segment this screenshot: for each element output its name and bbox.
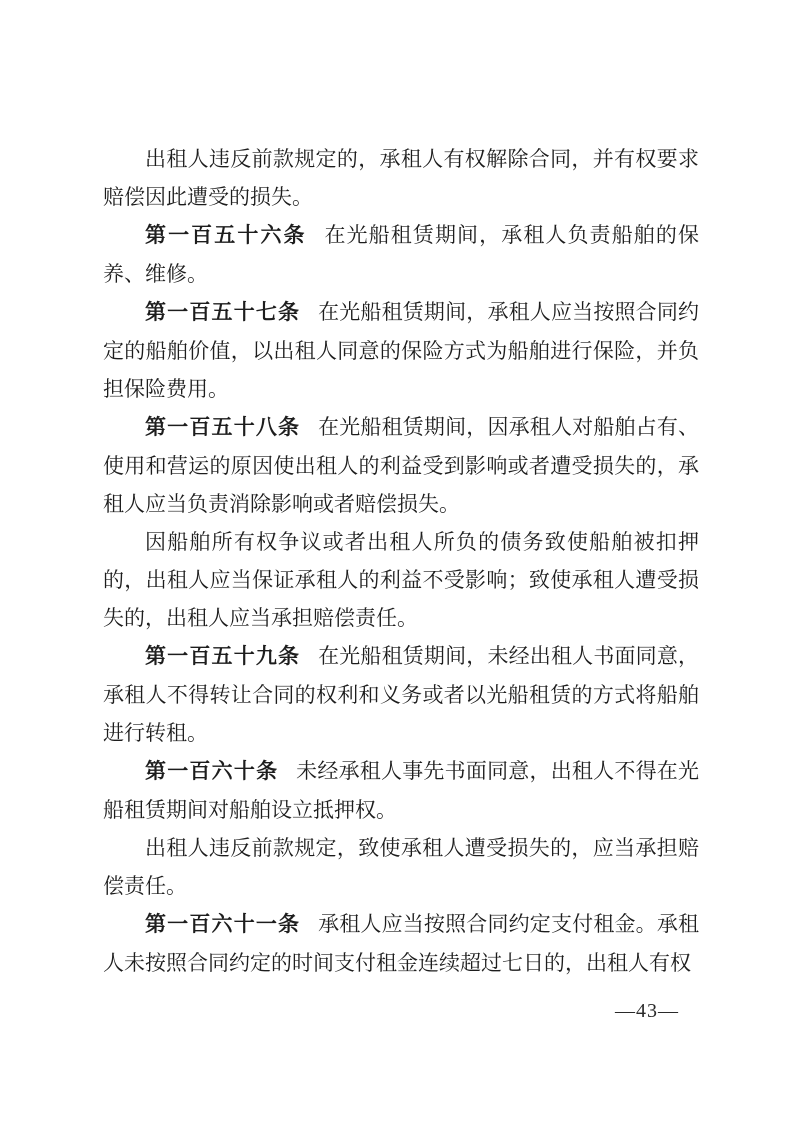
article-paragraph: 第一百五十七条在光船租赁期间，承租人应当按照合同约定的船舶价值，以出租人同意的保… bbox=[103, 293, 699, 408]
article-number: 第一百五十六条 bbox=[145, 224, 307, 247]
article-paragraph: 第一百六十一条承租人应当按照合同约定支付租金。承租人未按照合同约定的时间支付租金… bbox=[103, 905, 699, 982]
article-paragraph: 第一百五十六条在光船租赁期间，承租人负责船舶的保养、维修。 bbox=[103, 216, 699, 293]
article-paragraph: 第一百六十条未经承租人事先书面同意，出租人不得在光船租赁期间对船舶设立抵押权。 bbox=[103, 752, 699, 829]
document-page: 出租人违反前款规定的，承租人有权解除合同，并有权要求赔偿因此遭受的损失。第一百五… bbox=[0, 0, 793, 1122]
article-text-block: 出租人违反前款规定的，承租人有权解除合同，并有权要求赔偿因此遭受的损失。第一百五… bbox=[103, 140, 699, 982]
body-paragraph: 出租人违反前款规定的，承租人有权解除合同，并有权要求赔偿因此遭受的损失。 bbox=[103, 140, 699, 216]
article-paragraph: 第一百五十八条在光船租赁期间，因承租人对船舶占有、使用和营运的原因使出租人的利益… bbox=[103, 408, 699, 523]
body-paragraph: 因船舶所有权争议或者出租人所负的债务致使船舶被扣押的，出租人应当保证承租人的利益… bbox=[103, 523, 699, 637]
article-number: 第一百六十一条 bbox=[145, 913, 300, 936]
article-number: 第一百六十条 bbox=[145, 760, 278, 783]
article-number: 第一百五十九条 bbox=[145, 645, 300, 668]
article-paragraph: 第一百五十九条在光船租赁期间，未经出租人书面同意，承租人不得转让合同的权利和义务… bbox=[103, 637, 699, 752]
article-number: 第一百五十八条 bbox=[145, 416, 300, 439]
body-paragraph: 出租人违反前款规定，致使承租人遭受损失的，应当承担赔偿责任。 bbox=[103, 829, 699, 905]
article-number: 第一百五十七条 bbox=[145, 301, 300, 324]
page-number: —43— bbox=[0, 1000, 793, 1023]
